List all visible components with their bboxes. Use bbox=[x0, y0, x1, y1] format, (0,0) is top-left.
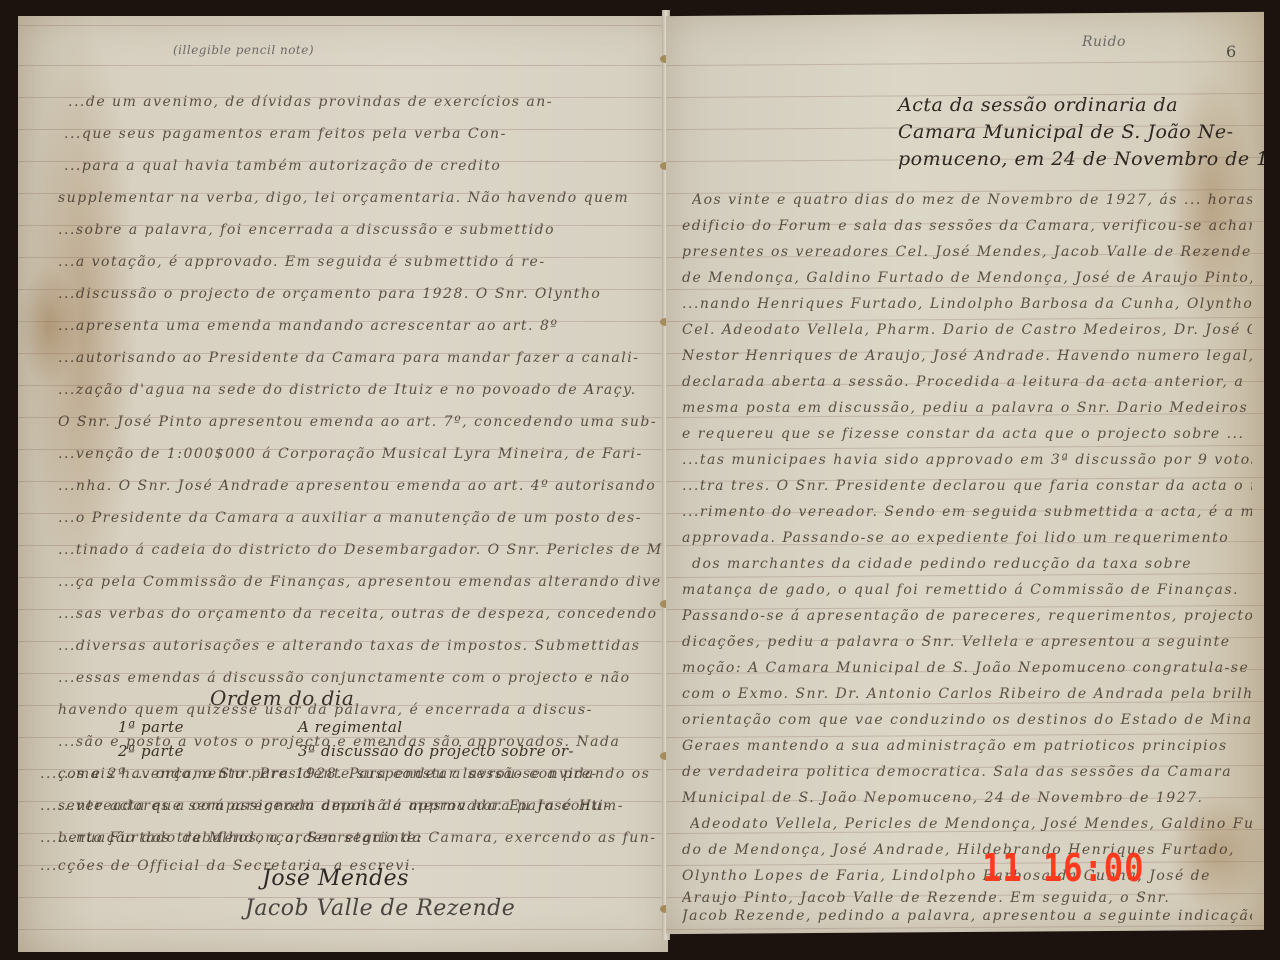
text-line: ...sas verbas do orçamento da receita, o… bbox=[58, 606, 668, 622]
text-line: supplementar na verba, digo, lei orçamen… bbox=[58, 190, 668, 206]
order-item-label: 1ª parte bbox=[118, 718, 184, 736]
text-line: ...apresenta uma emenda mandando acresce… bbox=[58, 318, 668, 334]
order-item-text: A regimental bbox=[298, 718, 403, 736]
text-line: Nestor Henriques de Araujo, José Andrade… bbox=[682, 348, 1252, 364]
closing-line: ...ços e 2ª ... orçamento para 1928. Par… bbox=[40, 766, 660, 782]
text-line: Jacob Rezende, pedindo a palavra, aprese… bbox=[682, 908, 1252, 924]
text-line: dicações, pediu a palavra o Snr. Vellela… bbox=[682, 634, 1252, 650]
text-line: com o Exmo. Snr. Dr. Antonio Carlos Ribe… bbox=[682, 686, 1252, 702]
text-line: ...autorisando ao Presidente da Camara p… bbox=[58, 350, 668, 366]
text-line: edificio do Forum e sala das sessões da … bbox=[682, 218, 1252, 234]
text-line: ...ça pela Commissão de Finanças, aprese… bbox=[58, 574, 668, 590]
text-line: ...discussão o projecto de orçamento par… bbox=[58, 286, 668, 302]
text-line: Araujo Pinto, Jacob Valle de Rezende. Em… bbox=[682, 890, 1252, 906]
text-line: ...nando Henriques Furtado, Lindolpho Ba… bbox=[682, 296, 1252, 312]
order-item-label: 2ª parte bbox=[118, 742, 184, 760]
ledger-spread: (illegible pencil note) ...de um avenimo… bbox=[0, 0, 1280, 960]
text-line: moção: A Camara Municipal de S. João Nep… bbox=[682, 660, 1252, 676]
text-line: O Snr. José Pinto apresentou emenda ao a… bbox=[58, 414, 668, 430]
text-line: ...diversas autorisações e alterando tax… bbox=[58, 638, 668, 654]
text-line: de Mendonça, Galdino Furtado de Mendonça… bbox=[682, 270, 1252, 286]
text-line: ...a votação, é approvado. Em seguida é … bbox=[58, 254, 668, 270]
text-line: Passando-se á apresentação de pareceres,… bbox=[682, 608, 1252, 624]
text-line: dos marchantes da cidade pedindo reducçã… bbox=[692, 556, 1252, 572]
text-line: ...venção de 1:000$000 á Corporação Musi… bbox=[58, 446, 668, 462]
signature: Jacob Valle de Rezende bbox=[245, 896, 515, 921]
text-line: ...tinado á cadeia do districto do Desem… bbox=[58, 542, 668, 558]
text-line: ...zação d'agua na sede do districto de … bbox=[58, 382, 668, 398]
closing-line: ...berto Furtado de Mendonça, Secretario… bbox=[40, 830, 660, 846]
text-line: mesma posta em discussão, pediu a palavr… bbox=[682, 400, 1252, 416]
text-line: Municipal de S. João Nepomuceno, 24 de N… bbox=[682, 790, 1252, 806]
text-line: Geraes mantendo a sua administração em p… bbox=[682, 738, 1252, 754]
text-line: declarada aberta a sessão. Procedida a l… bbox=[682, 374, 1252, 390]
text-line: presentes os vereadores Cel. José Mendes… bbox=[682, 244, 1252, 260]
text-line: e requereu que se fizesse constar da act… bbox=[682, 426, 1252, 442]
text-line: ...essas emendas á discussão conjunctame… bbox=[58, 670, 668, 686]
text-line: ...tas municipaes havia sido approvado e… bbox=[682, 452, 1252, 468]
text-line: ...rimento do vereador. Sendo em seguida… bbox=[682, 504, 1252, 520]
text-line: Aos vinte e quatro dias do mez de Novemb… bbox=[692, 192, 1252, 208]
text-line: approvada. Passando-se ao expediente foi… bbox=[682, 530, 1252, 546]
right-body-text: Aos vinte e quatro dias do mez de Novemb… bbox=[682, 0, 1252, 960]
camera-date-stamp: 11 16:00 bbox=[982, 846, 1144, 890]
order-of-day-heading: Ordem do dia bbox=[210, 686, 354, 710]
text-line: ...que seus pagamentos eram feitos pela … bbox=[64, 126, 668, 142]
text-line: ...nha. O Snr. José Andrade apresentou e… bbox=[58, 478, 668, 494]
text-line: ...para a qual havia também autorização … bbox=[64, 158, 668, 174]
order-item-text: 3ª discussão do projecto sobre or- bbox=[298, 742, 574, 760]
text-line: ...tra tres. O Snr. Presidente declarou … bbox=[682, 478, 1252, 494]
text-line: matança de gado, o qual foi remettido á … bbox=[682, 582, 1252, 598]
text-line: Olyntho Lopes de Faria, Lindolpho Barbos… bbox=[682, 868, 1252, 884]
text-line: ...de um avenimo, de dívidas provindas d… bbox=[68, 94, 668, 110]
text-line: ...o Presidente da Camara a auxiliar a m… bbox=[58, 510, 668, 526]
text-line: do de Mendonça, José Andrade, Hildebrand… bbox=[682, 842, 1252, 858]
text-line: havendo quem quizesse usar da palavra, é… bbox=[58, 702, 668, 718]
text-line: ...sobre a palavra, foi encerrada a disc… bbox=[58, 222, 668, 238]
signature: José Mendes bbox=[262, 866, 409, 891]
closing-line: ...sente acta que será assignada depois … bbox=[40, 798, 660, 814]
text-line: orientação com que vae conduzindo os des… bbox=[682, 712, 1252, 728]
text-line: de verdadeira politica democratica. Sala… bbox=[682, 764, 1252, 780]
text-line: Cel. Adeodato Vellela, Pharm. Dario de C… bbox=[682, 322, 1252, 338]
text-line: Adeodato Vellela, Pericles de Mendonça, … bbox=[690, 816, 1252, 832]
pencil-note: (illegible pencil note) bbox=[173, 43, 314, 57]
